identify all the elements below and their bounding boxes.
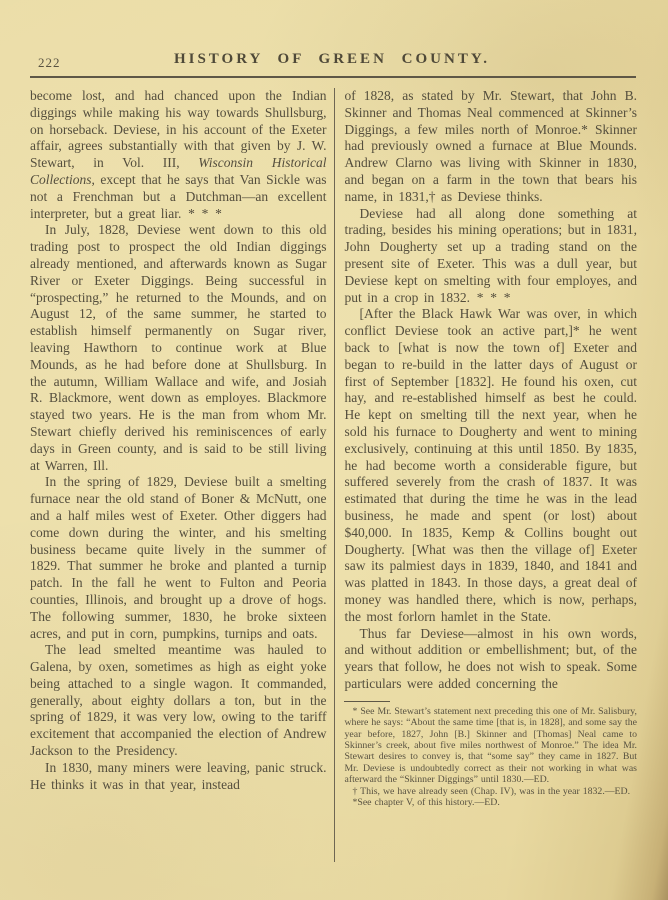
paragraph: [After the Black Hawk War was over, in w… xyxy=(344,306,637,625)
two-column-text: become lost, and had chanced upon the In… xyxy=(30,88,637,862)
header-rule xyxy=(30,76,636,78)
text-run: In July, 1828, Deviese went down to this… xyxy=(30,222,326,472)
left-column: become lost, and had chanced upon the In… xyxy=(30,88,334,862)
paragraph: In the spring of 1829, Deviese built a s… xyxy=(30,474,326,642)
footnote: *See chapter V, of this history.—ED. xyxy=(344,797,637,808)
paragraph: In 1830, many miners were leaving, panic… xyxy=(30,760,326,794)
page-header: 222 HISTORY OF GREEN COUNTY. xyxy=(30,48,634,76)
footnote: † This, we have already seen (Chap. IV),… xyxy=(344,786,637,797)
right-column-body: of 1828, as stated by Mr. Stewart, that … xyxy=(344,88,637,693)
right-column: of 1828, as stated by Mr. Stewart, that … xyxy=(335,88,637,862)
footnotes-list: * See Mr. Stewart’s statement next prece… xyxy=(344,706,637,809)
page-title: HISTORY OF GREEN COUNTY. xyxy=(30,51,634,68)
text-run: In the spring of 1829, Deviese built a s… xyxy=(30,474,326,640)
text-run: *See chapter V, of this history.—ED. xyxy=(352,797,499,808)
text-run: Thus far Deviese—almost in his own words… xyxy=(344,626,637,691)
text-run: Deviese had all along done something at … xyxy=(344,206,637,305)
text-run: † This, we have already seen (Chap. IV),… xyxy=(352,786,630,797)
paragraph: The lead smelted meantime was hauled to … xyxy=(30,642,326,760)
footnote: * See Mr. Stewart’s statement next prece… xyxy=(344,706,637,786)
text-run: In 1830, many miners were leaving, panic… xyxy=(30,760,326,792)
text-run: [After the Black Hawk War was over, in w… xyxy=(344,306,637,623)
paragraph: Deviese had all along done something at … xyxy=(344,206,637,307)
text-run: of 1828, as stated by Mr. Stewart, that … xyxy=(344,88,637,204)
book-page: 222 HISTORY OF GREEN COUNTY. become lost… xyxy=(0,0,668,900)
text-run: The lead smelted meantime was hauled to … xyxy=(30,642,326,758)
paragraph: Thus far Deviese—almost in his own words… xyxy=(344,626,637,693)
footnotes-block: * See Mr. Stewart’s statement next prece… xyxy=(344,701,637,809)
paragraph: become lost, and had chanced upon the In… xyxy=(30,88,326,222)
footnote-rule xyxy=(344,701,390,702)
paragraph: of 1828, as stated by Mr. Stewart, that … xyxy=(344,88,637,206)
paragraph: In July, 1828, Deviese went down to this… xyxy=(30,222,326,474)
text-run: * See Mr. Stewart’s statement next prece… xyxy=(344,706,637,785)
